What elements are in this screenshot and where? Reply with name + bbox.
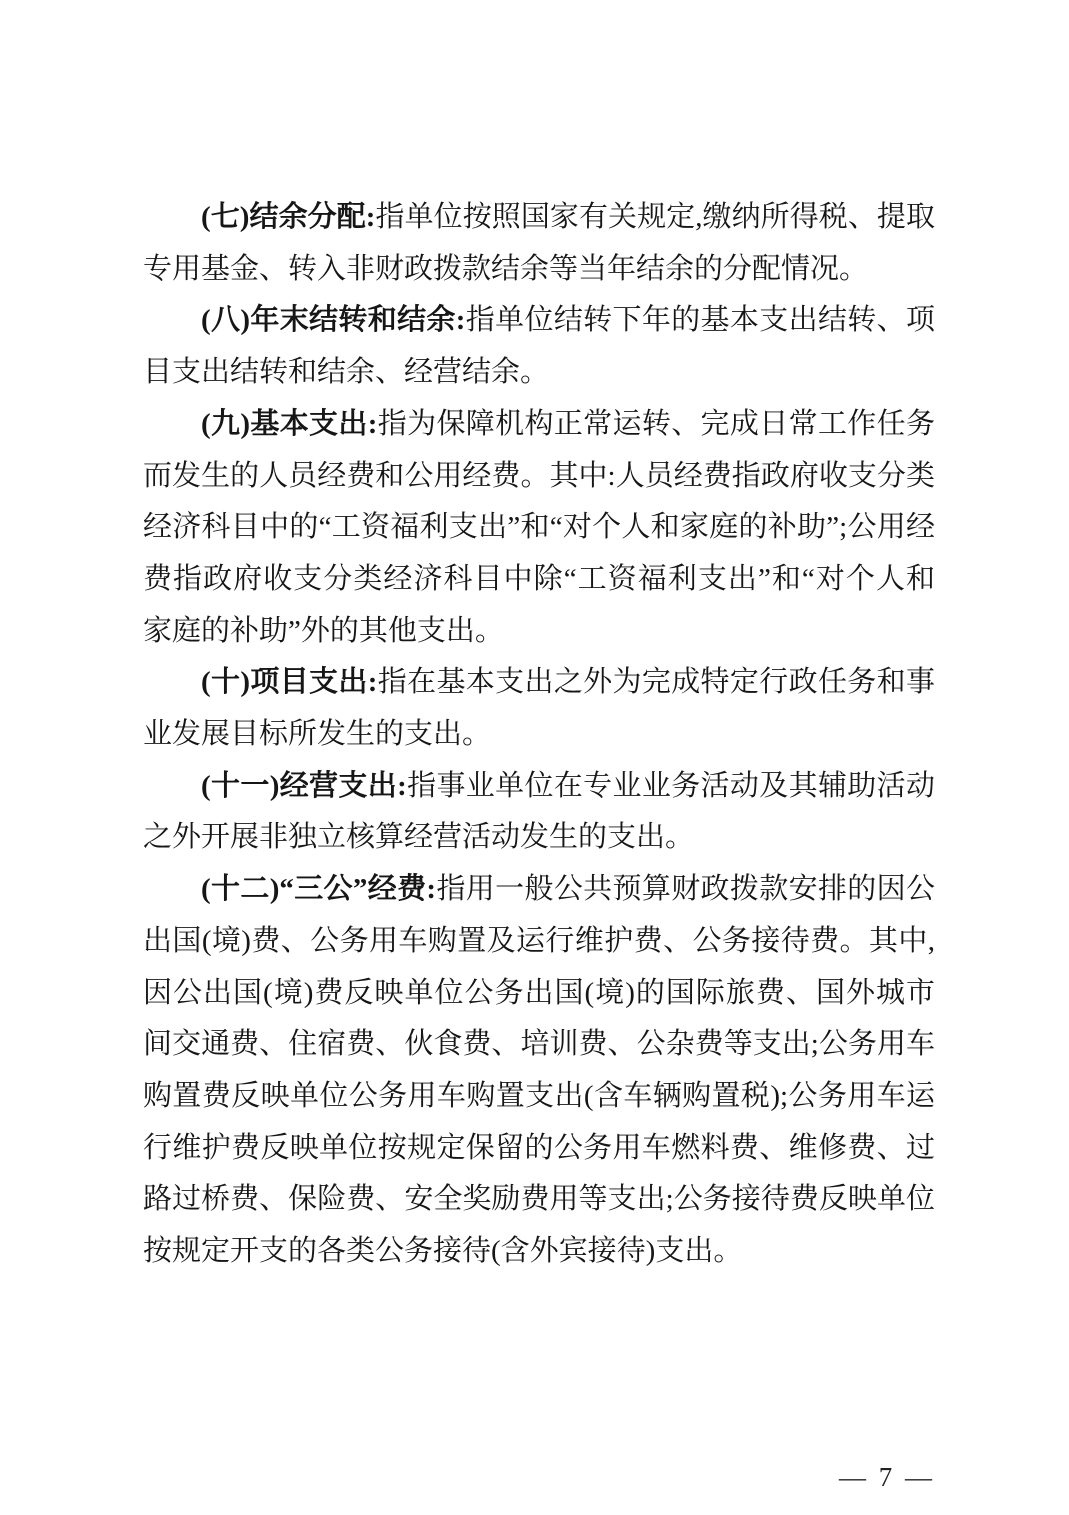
paragraph-12-three-public-funds: (十二)“三公”经费:指用一般公共预算财政拨款安排的因公出国(境)费、公务用车购…	[143, 864, 935, 1278]
paragraph-body: 指为保障机构正常运转、完成日常工作任务而发生的人员经费和公用经费。其中:人员经费…	[143, 408, 935, 647]
paragraph-head: (十)项目支出:	[201, 666, 377, 698]
paragraph-head: (十一)经营支出:	[201, 770, 407, 802]
paragraph-8-year-end-carryover: (八)年末结转和结余:指单位结转下年的基本支出结转、项目支出结转和结余、经营结余…	[143, 295, 935, 398]
paragraph-body: 指用一般公共预算财政拨款安排的因公出国(境)费、公务用车购置及运行维护费、公务接…	[143, 873, 935, 1267]
paragraph-head: (七)结余分配:	[201, 201, 375, 233]
document-page: (七)结余分配:指单位按照国家有关规定,缴纳所得税、提取专用基金、转入非财政拨款…	[0, 0, 1069, 1515]
paragraph-head: (十二)“三公”经费:	[201, 873, 436, 905]
document-body: (七)结余分配:指单位按照国家有关规定,缴纳所得税、提取专用基金、转入非财政拨款…	[143, 192, 935, 1278]
paragraph-10-project-expenditure: (十)项目支出:指在基本支出之外为完成特定行政任务和事业发展目标所发生的支出。	[143, 657, 935, 760]
paragraph-11-operating-expenditure: (十一)经营支出:指事业单位在专业业务活动及其辅助活动之外开展非独立核算经营活动…	[143, 761, 935, 864]
paragraph-head: (九)基本支出:	[201, 408, 377, 440]
paragraph-head: (八)年末结转和结余:	[201, 304, 465, 336]
paragraph-7-surplus-distribution: (七)结余分配:指单位按照国家有关规定,缴纳所得税、提取专用基金、转入非财政拨款…	[143, 192, 935, 295]
page-number: — 7 —	[143, 1462, 935, 1493]
paragraph-9-basic-expenditure: (九)基本支出:指为保障机构正常运转、完成日常工作任务而发生的人员经费和公用经费…	[143, 399, 935, 658]
